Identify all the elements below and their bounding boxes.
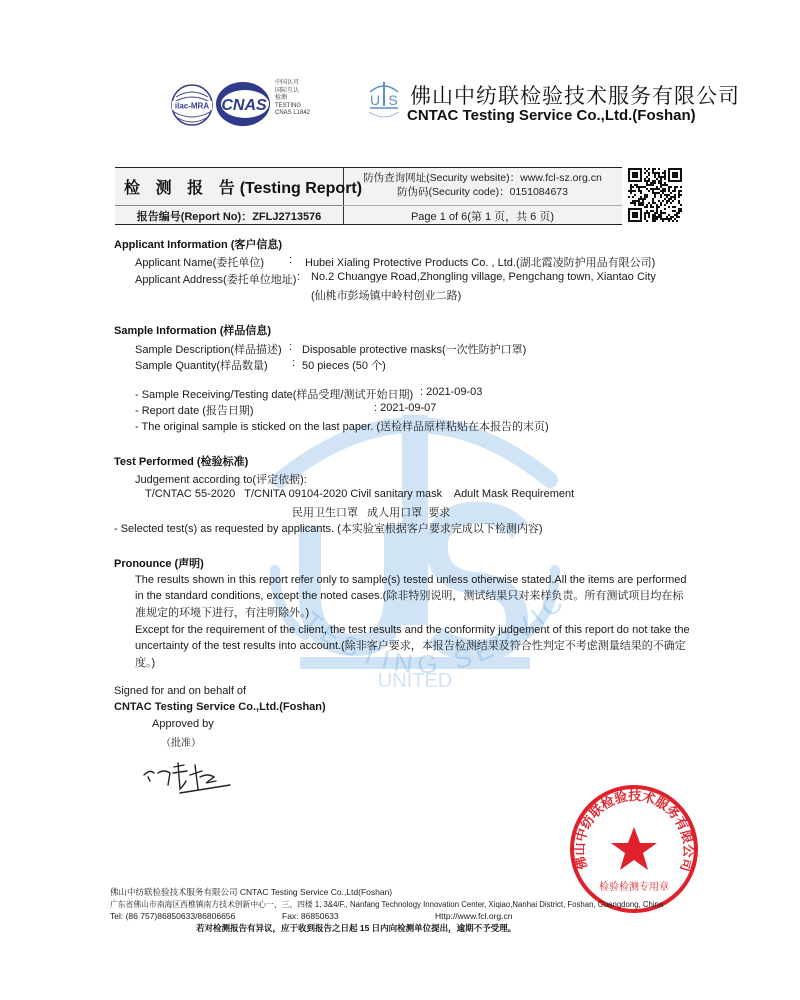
ilac-mra-logo-icon: ilac-MRA bbox=[170, 83, 214, 127]
sample-section-title: Sample Information (样品信息) bbox=[114, 322, 271, 338]
signature-icon bbox=[140, 755, 235, 797]
report-date-label: - Report date (报告日期) bbox=[135, 402, 254, 418]
footer-address: 广东省佛山市南海区西樵镇南方技术创新中心一、三、四楼 1, 3&4/F., Na… bbox=[110, 899, 663, 910]
report-title-cn: 检 测 报 告 bbox=[124, 178, 240, 197]
company-name-en: CNTAC Testing Service Co.,Ltd.(Foshan) bbox=[407, 107, 696, 124]
cnas-line: TESTING bbox=[275, 103, 310, 111]
svg-text:检验检测专用章: 检验检测专用章 bbox=[599, 880, 669, 893]
test-standards-cn: 民用卫生口罩 成人用口罩 要求 bbox=[292, 504, 450, 520]
test-section-title: Test Performed (检验标准) bbox=[114, 453, 248, 469]
security-info: 防伪查询网址(Security website)：www.fcl-sz.org.… bbox=[343, 172, 622, 199]
signoff-company: CNTAC Testing Service Co.,Ltd.(Foshan) bbox=[114, 701, 326, 713]
test-standards: T/CNTAC 55-2020 T/CNITA 09104-2020 Civil… bbox=[145, 488, 574, 500]
sample-quantity-label: Sample Quantity(样品数量) bbox=[135, 357, 268, 373]
page-indicator: Page 1 of 6(第 1 页，共 6 页) bbox=[343, 208, 622, 224]
report-header-box: 检 测 报 告(Testing Report) 报告编号(Report No)：… bbox=[115, 167, 622, 225]
sample-quantity-value: 50 pieces (50 个) bbox=[302, 357, 386, 373]
company-name-cn: 佛山中纺联检验技术服务有限公司 bbox=[410, 80, 740, 110]
svg-text:S: S bbox=[388, 92, 397, 108]
receiving-date-value: : 2021-09-03 bbox=[420, 386, 482, 398]
footer-tel: Tel: (86 757)86850633/86806656 bbox=[110, 911, 235, 921]
footer-fax: Fax: 86850633 bbox=[282, 911, 339, 921]
approved-by-cn: （批准） bbox=[161, 734, 201, 749]
applicant-address-value-cn: (仙桃市彭场镇中岭村创业二路) bbox=[311, 287, 461, 303]
judgement-label: Judgement according to(评定依据): bbox=[135, 471, 307, 487]
official-red-stamp-icon: 佛山中纺联检验技术服务有限公司 检验检测专用章 bbox=[567, 782, 701, 916]
pronounce-paragraph-2: Except for the requirement of the client… bbox=[135, 622, 690, 671]
receiving-date-label: - Sample Receiving/Testing date(样品受理/测试开… bbox=[135, 386, 413, 402]
colon: : bbox=[289, 341, 292, 353]
cnas-accreditation-text: 中国认可 国际互认 检测 TESTING CNAS L1842 bbox=[275, 80, 310, 118]
cnas-logo-icon: CNAS bbox=[214, 80, 272, 128]
security-code: 防伪码(Security code)：0151084673 bbox=[343, 186, 622, 200]
cnas-line: CNAS L1842 bbox=[275, 110, 310, 118]
qr-code-icon bbox=[628, 168, 682, 222]
applicant-section-title: Applicant Information (客户信息) bbox=[114, 236, 282, 252]
svg-text:U: U bbox=[370, 92, 380, 108]
applicant-name-value: Hubei Xialing Protective Products Co. , … bbox=[305, 254, 655, 270]
footer-company: 佛山中纺联检验技术服务有限公司 CNTAC Testing Service Co… bbox=[110, 886, 392, 898]
cnas-line: 检测 bbox=[275, 95, 310, 103]
report-date-value: : 2021-09-07 bbox=[374, 402, 436, 414]
footer-website-link[interactable]: Http://www.fcl.org.cn bbox=[435, 911, 512, 921]
report-title: 检 测 报 告(Testing Report) bbox=[124, 175, 362, 198]
uts-company-logo-icon: U S bbox=[364, 78, 404, 122]
cnas-line: 中国认可 bbox=[275, 80, 310, 88]
colon: : bbox=[289, 254, 292, 266]
sample-description-value: Disposable protective masks(一次性防护口罩) bbox=[302, 341, 526, 357]
pronounce-section-title: Pronounce (声明) bbox=[114, 555, 204, 571]
applicant-name-label: Applicant Name(委托单位) bbox=[135, 254, 264, 270]
approved-by-label: Approved by bbox=[152, 718, 214, 730]
security-website: 防伪查询网址(Security website)：www.fcl-sz.org.… bbox=[343, 172, 622, 186]
svg-text:CNAS: CNAS bbox=[221, 97, 267, 114]
applicant-address-value: No.2 Chuangye Road,Zhongling village, Pe… bbox=[311, 271, 656, 283]
colon: : bbox=[297, 271, 300, 283]
original-sample-note: - The original sample is sticked on the … bbox=[135, 418, 549, 434]
report-number: 报告编号(Report No)：ZFLJ2713576 bbox=[115, 208, 343, 224]
svg-text:ilac-MRA: ilac-MRA bbox=[175, 102, 209, 111]
pronounce-paragraph-1: The results shown in this report refer o… bbox=[135, 572, 690, 621]
signed-for-text: Signed for and on behalf of bbox=[114, 685, 246, 697]
sample-description-label: Sample Description(样品描述) bbox=[135, 341, 282, 357]
selected-tests-note: - Selected test(s) as requested by appli… bbox=[114, 520, 543, 536]
applicant-address-label: Applicant Address(委托单位地址) bbox=[135, 271, 296, 287]
colon: : bbox=[292, 357, 295, 369]
footer-notice: 若对检测报告有异议，应于收到报告之日起 15 日内向检测单位提出，逾期不予受理。 bbox=[196, 922, 516, 934]
